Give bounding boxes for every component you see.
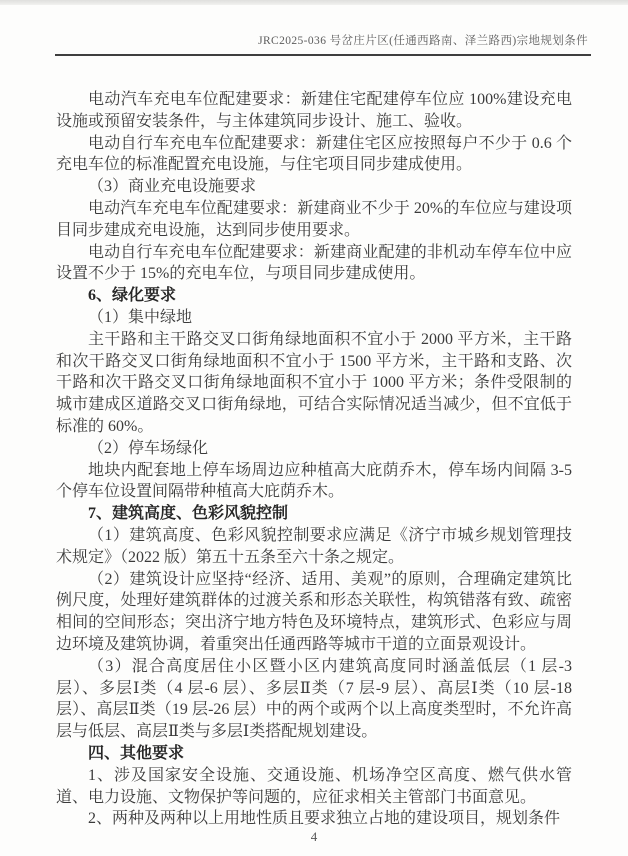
paragraph-building-design-principles: （2）建筑设计应坚持“经济、适用、美观”的原则，合理确定建筑比例尺度，处理好建筑… <box>56 569 572 656</box>
header-rule <box>55 54 591 56</box>
paragraph-parking-greening: 地块内配套地上停车场周边应种植高大庇荫乔木，停车场内间隔 3-5 个停车位设置间… <box>56 460 572 504</box>
heading-greening-requirements: 6、绿化要求 <box>56 285 572 307</box>
paragraph-ev-charging-residential: 电动汽车充电车位配建要求：新建住宅配建停车位应 100%建设充电设施或预留安装条… <box>56 89 572 133</box>
document-body: 电动汽车充电车位配建要求：新建住宅配建停车位应 100%建设充电设施或预留安装条… <box>56 89 572 830</box>
scan-artifact-top-edge <box>0 0 628 5</box>
paragraph-ev-charging-commercial: 电动汽车充电车位配建要求：新建商业不少于 20%的车位应与建设项目同步建成充电设… <box>56 198 572 242</box>
paragraph-height-color-regulation: （1）建筑高度、色彩风貌控制要求应满足《济宁市城乡规划管理技术规定》（2022 … <box>56 525 572 569</box>
header-title: JRC2025-036 号岔庄片区(任通西路南、泽兰路西)宗地规划条件 <box>258 32 588 48</box>
paragraph-mixed-height-rules: （3）混合高度居住小区暨小区内建筑高度同时涵盖低层（1 层-3 层）、多层Ⅰ类（… <box>56 656 572 743</box>
subheading-commercial-charging: （3）商业充电设施要求 <box>56 176 572 198</box>
heading-building-height-color: 7、建筑高度、色彩风貌控制 <box>56 503 572 525</box>
page-number: 4 <box>0 829 628 845</box>
paragraph-ebike-charging-commercial: 电动自行车充电车位配建要求：新建商业配建的非机动车停车位中应设置不少于 15%的… <box>56 242 572 286</box>
subheading-centralized-green-space: （1）集中绿地 <box>56 307 572 329</box>
heading-other-requirements: 四、其他要求 <box>56 743 572 765</box>
paragraph-multiple-land-use: 2、两种及两种以上用地性质且要求独立占地的建设项目，规划条件 <box>56 808 572 830</box>
paragraph-green-space-area: 主干路和主干路交叉口街角绿地面积不宜小于 2000 平方米，主干路和次干路交叉口… <box>56 329 572 438</box>
paragraph-department-opinions: 1、涉及国家安全设施、交通设施、机场净空区高度、燃气供水管道、电力设施、文物保护… <box>56 765 572 809</box>
paragraph-ebike-charging-residential: 电动自行车充电车位配建要求：新建住宅区应按照每户不少于 0.6 个充电车位的标准… <box>56 133 572 177</box>
subheading-parking-lot-greening: （2）停车场绿化 <box>56 438 572 460</box>
document-page: JRC2025-036 号岔庄片区(任通西路南、泽兰路西)宗地规划条件 电动汽车… <box>0 0 628 856</box>
